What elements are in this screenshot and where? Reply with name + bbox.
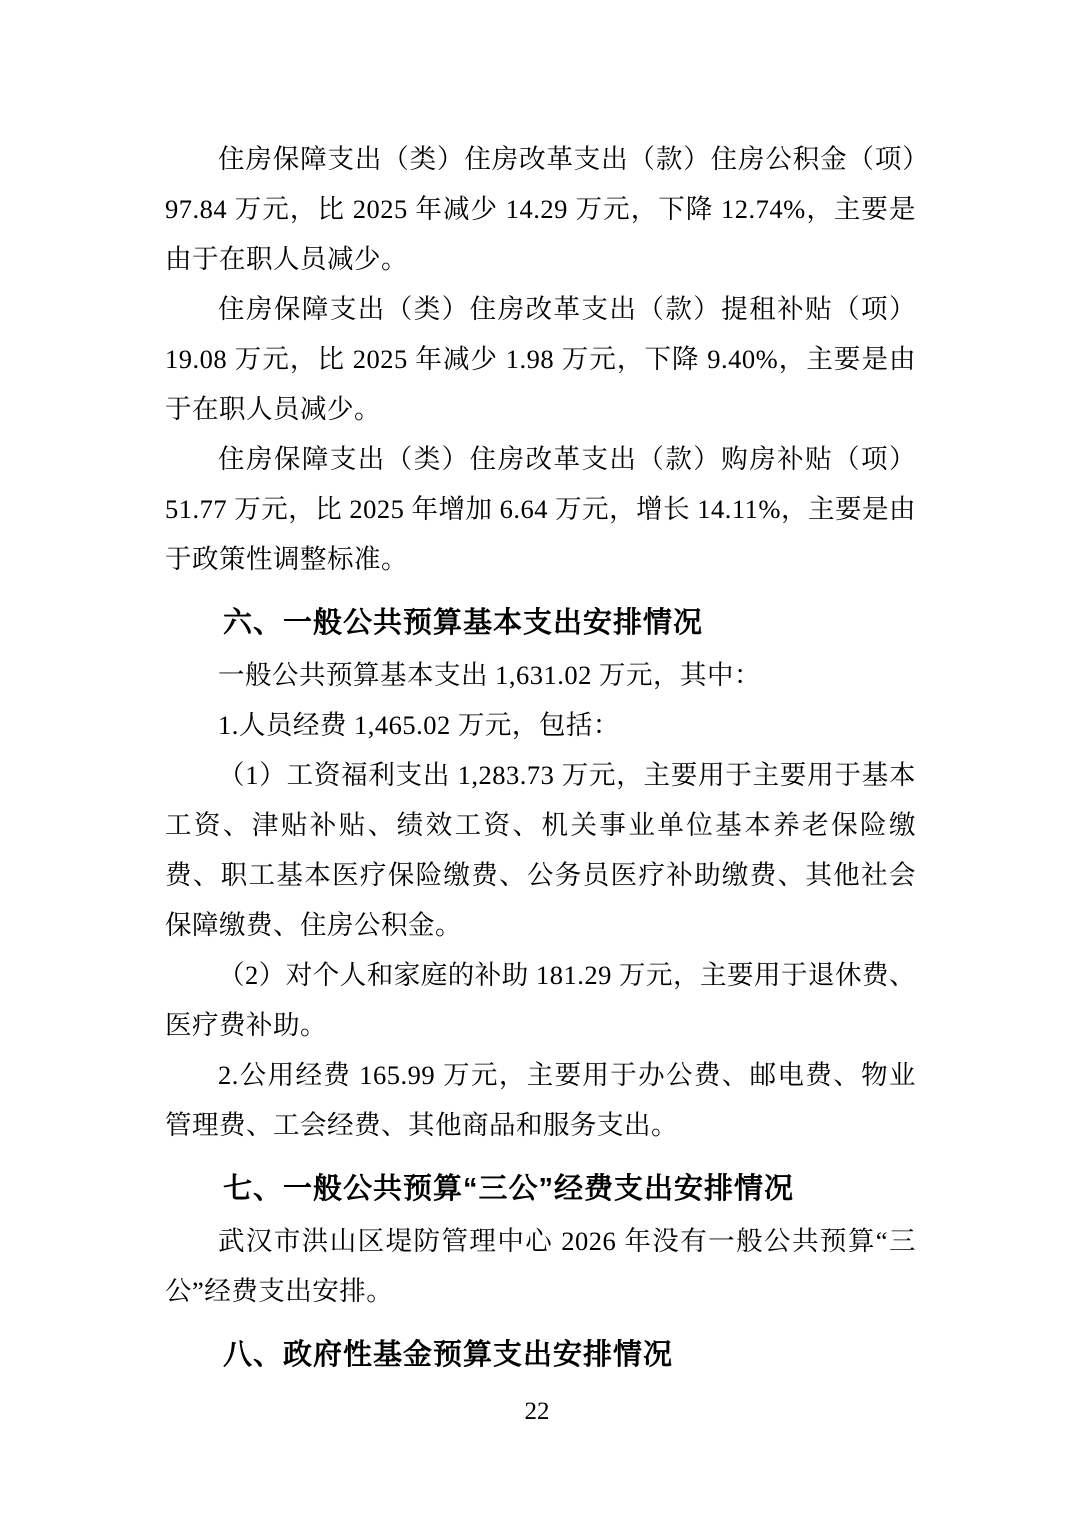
paragraph-salary-welfare-expenditure: （1）工资福利支出 1,283.73 万元，主要用于主要用于基本工资、津贴补贴、… bbox=[165, 750, 916, 950]
section-heading-6: 六、一般公共预算基本支出安排情况 bbox=[165, 598, 916, 648]
paragraph-public-funds: 2.公用经费 165.99 万元，主要用于办公费、邮电费、物业管理费、工会经费、… bbox=[165, 1050, 916, 1150]
paragraph-personnel-funds: 1.人员经费 1,465.02 万元，包括： bbox=[165, 700, 916, 750]
section-heading-7: 七、一般公共预算“三公”经费支出安排情况 bbox=[165, 1164, 916, 1214]
section-heading-8: 八、政府性基金预算支出安排情况 bbox=[165, 1330, 916, 1380]
document-page: 住房保障支出（类）住房改革支出（款）住房公积金（项）97.84 万元，比 202… bbox=[0, 0, 1074, 1520]
paragraph-home-purchase-subsidy: 住房保障支出（类）住房改革支出（款）购房补贴（项）51.77 万元，比 2025… bbox=[165, 434, 916, 584]
paragraph-three-public-expenses: 武汉市洪山区堤防管理中心 2026 年没有一般公共预算“三公”经费支出安排。 bbox=[165, 1216, 916, 1316]
paragraph-rent-raise-subsidy: 住房保障支出（类）住房改革支出（款）提租补贴（项）19.08 万元，比 2025… bbox=[165, 284, 916, 434]
paragraph-housing-provident-fund: 住房保障支出（类）住房改革支出（款）住房公积金（项）97.84 万元，比 202… bbox=[165, 134, 916, 284]
paragraph-basic-expenditure-total: 一般公共预算基本支出 1,631.02 万元，其中： bbox=[165, 650, 916, 700]
paragraph-individual-family-subsidy: （2）对个人和家庭的补助 181.29 万元，主要用于退休费、医疗费补助。 bbox=[165, 950, 916, 1050]
page-number: 22 bbox=[0, 1396, 1074, 1428]
